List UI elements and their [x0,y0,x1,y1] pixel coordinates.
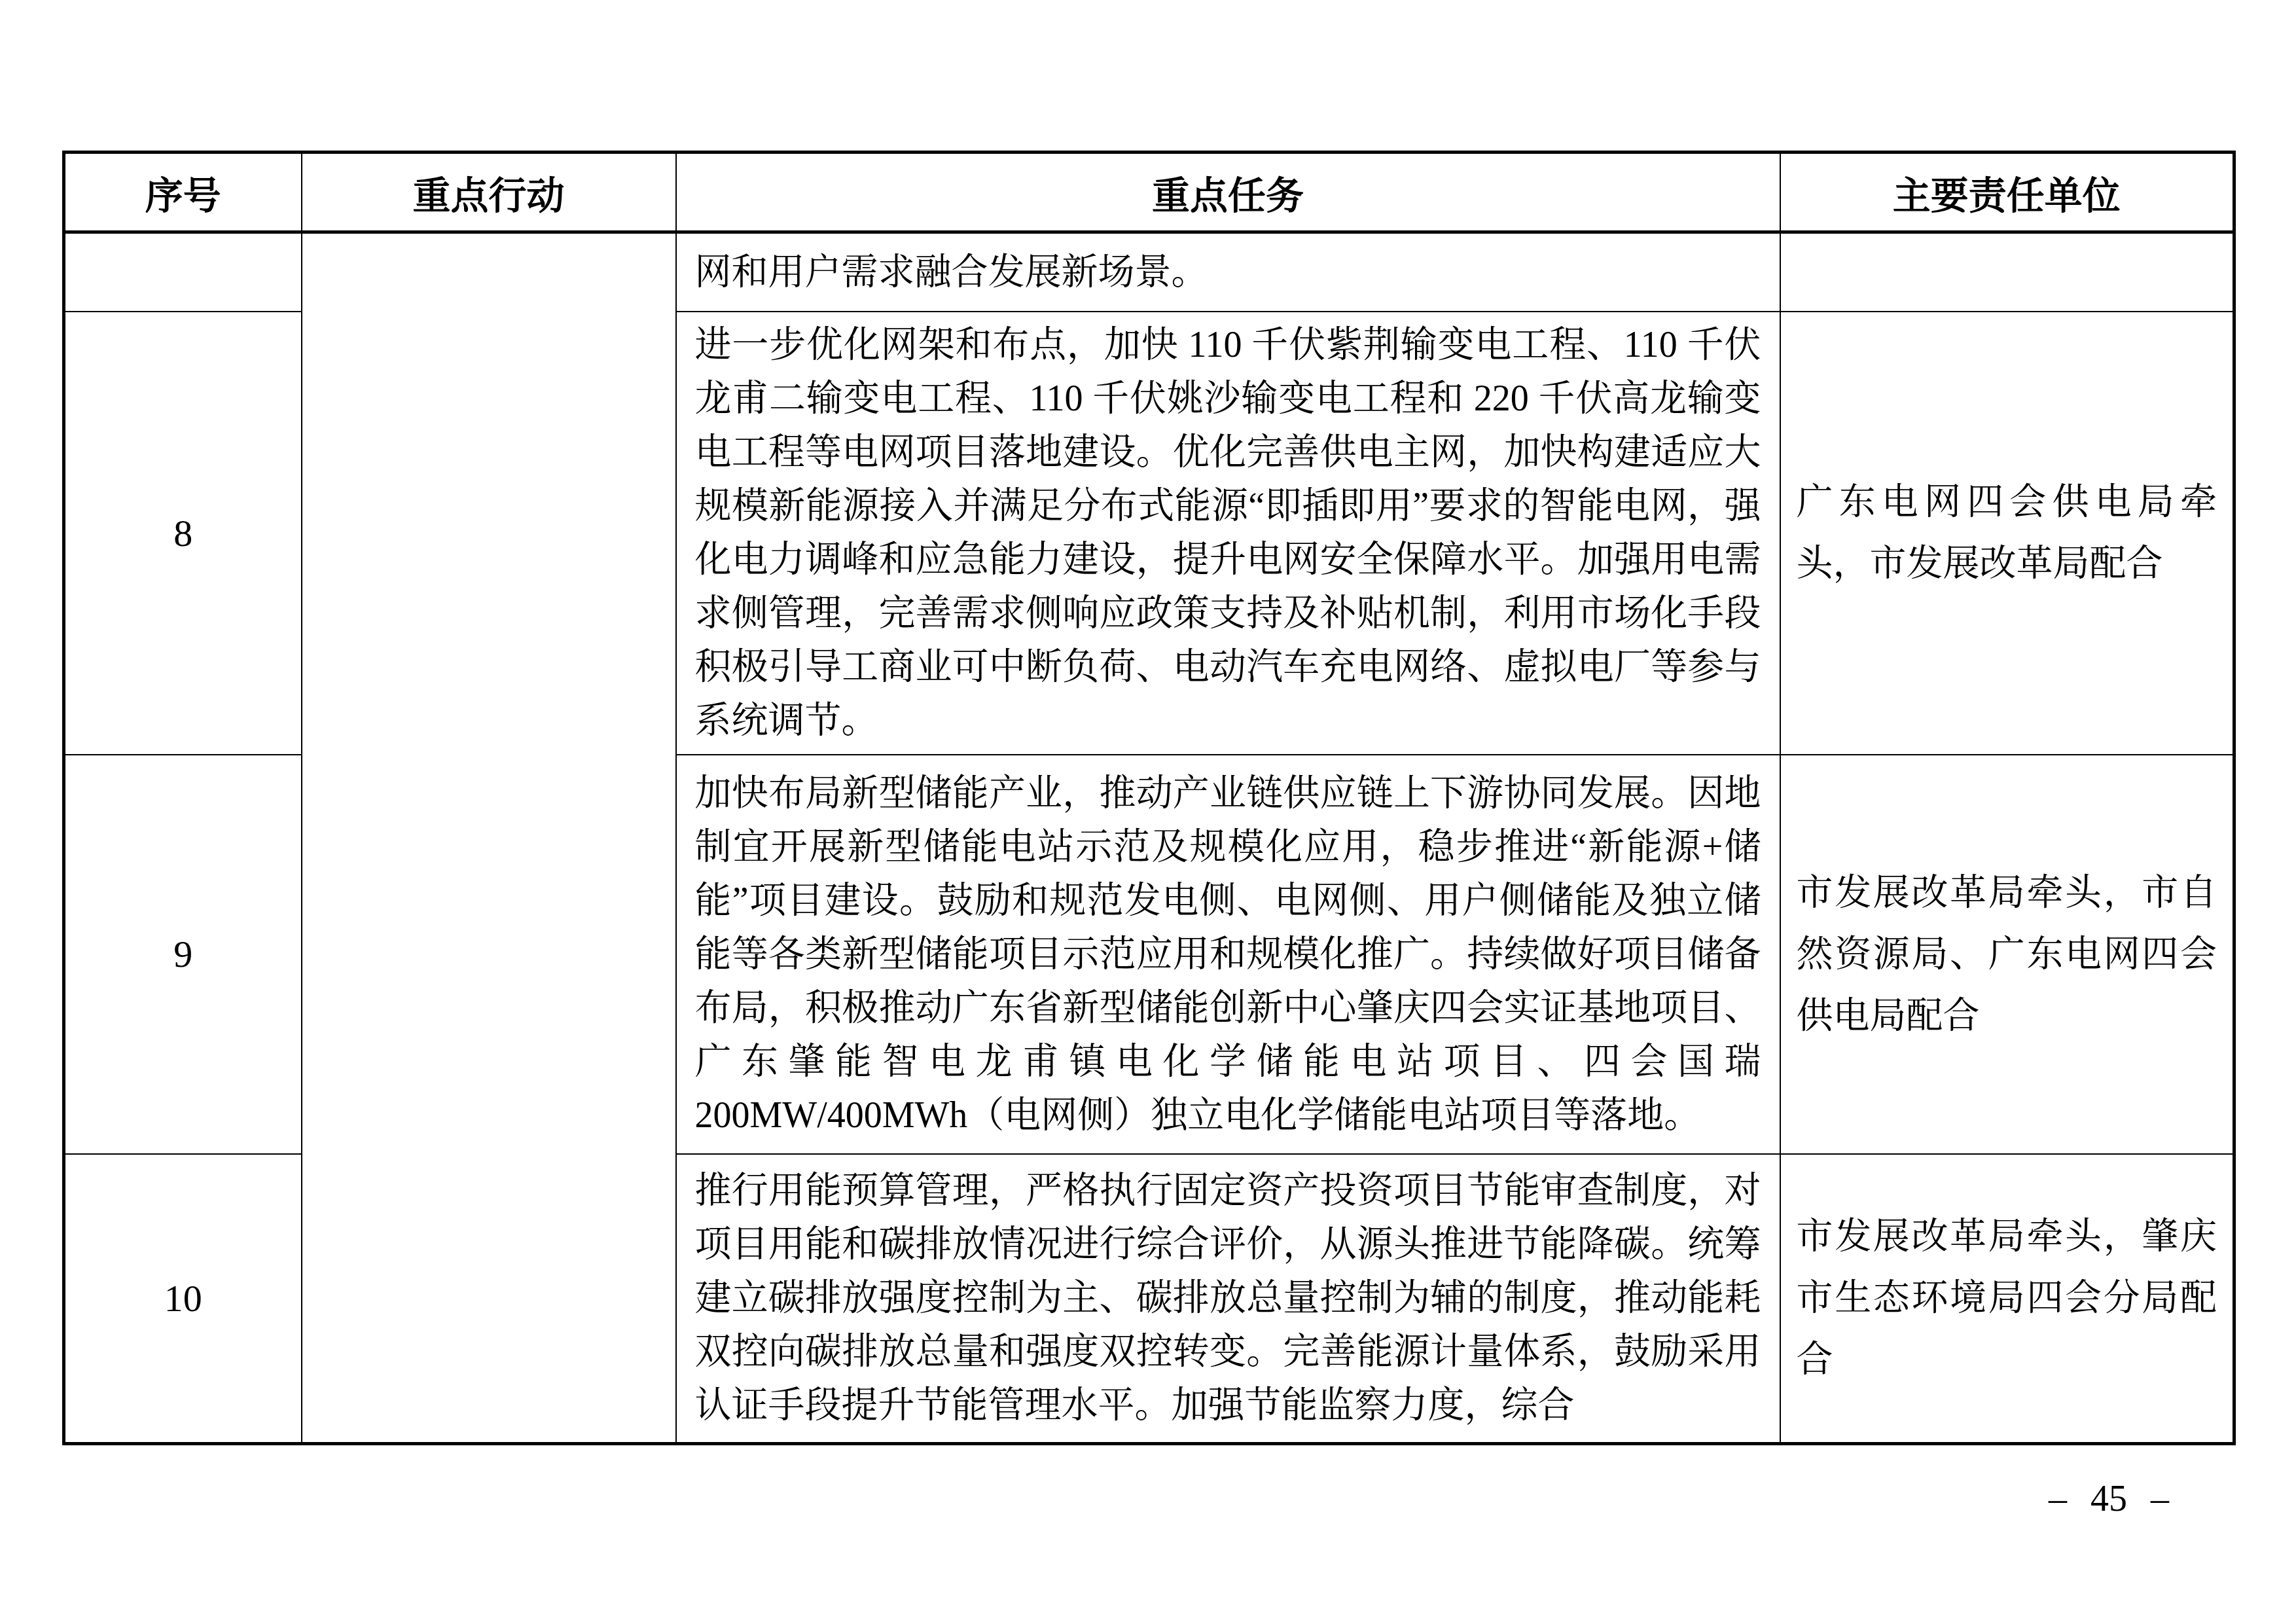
unit-cell: 市发展改革局牵头，市自然资源局、广东电网四会供电局配合 [1780,755,2234,1154]
page-number: – 45 – [2049,1478,2169,1520]
seq-cell [64,232,302,312]
header-seq: 序号 [64,153,302,232]
task-cell: 推行用能预算管理，严格执行固定资产投资项目节能审查制度，对项目用能和碳排放情况进… [676,1154,1780,1444]
table-header-row: 序号 重点行动 重点任务 主要责任单位 [64,153,2234,232]
unit-cell: 广东电网四会供电局牵头，市发展改革局配合 [1780,312,2234,755]
action-merged-cell [302,232,676,1444]
header-action: 重点行动 [302,153,676,232]
seq-cell: 10 [64,1154,302,1444]
header-task: 重点任务 [676,153,1780,232]
seq-cell: 8 [64,312,302,755]
task-cell: 加快布局新型储能产业，推动产业链供应链上下游协同发展。因地制宜开展新型储能电站示… [676,755,1780,1154]
task-cell: 进一步优化网架和布点，加快 110 千伏紫荆输变电工程、110 千伏龙甫二输变电… [676,312,1780,755]
task-cell: 网和用户需求融合发展新场景。 [676,232,1780,312]
seq-cell: 9 [64,755,302,1154]
header-unit: 主要责任单位 [1780,153,2234,232]
key-tasks-table: 序号 重点行动 重点任务 主要责任单位 网和用户需求融合发展新场景。 8 进一步… [62,151,2236,1445]
unit-cell: 市发展改革局牵头，肇庆市生态环境局四会分局配合 [1780,1154,2234,1444]
table-row-continuation: 网和用户需求融合发展新场景。 [64,232,2234,312]
unit-cell [1780,232,2234,312]
